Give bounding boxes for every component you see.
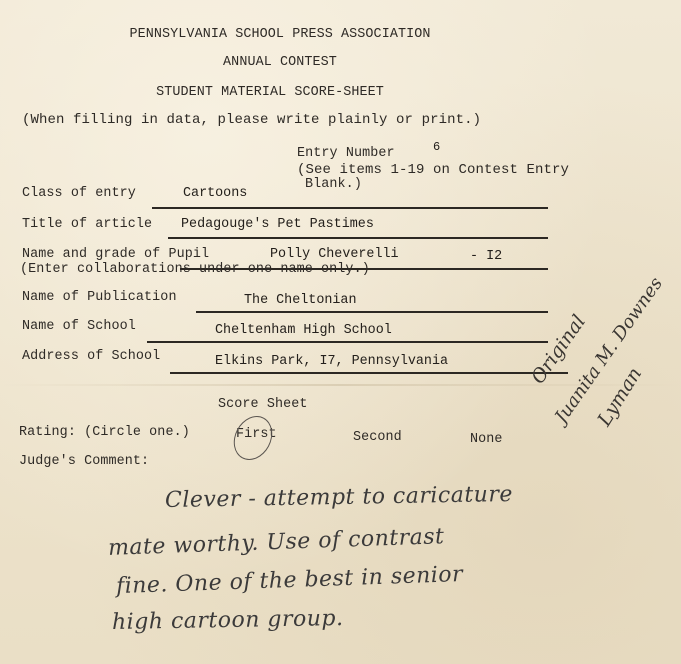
entry-note-line1: (See items 1-19 on Contest Entry — [297, 162, 569, 178]
school-address-value[interactable]: Elkins Park, I7, Pennsylvania — [215, 354, 448, 369]
pupil-grade-value[interactable]: - I2 — [470, 249, 502, 264]
entry-number-value: 6 — [433, 140, 440, 154]
title-of-article-label: Title of article — [22, 217, 152, 232]
pupil-name-label: Name and grade of Pupil — [22, 247, 209, 262]
contest-subtitle: ANNUAL CONTEST — [0, 55, 560, 70]
entry-number-label: Entry Number — [297, 146, 395, 161]
organization-title: PENNSYLVANIA SCHOOL PRESS ASSOCIATION — [0, 27, 560, 42]
instruction-text: (When filling in data, please write plai… — [22, 112, 481, 128]
school-name-value[interactable]: Cheltenham High School — [215, 323, 392, 338]
collaboration-note: (Enter collaborations under one name onl… — [20, 262, 370, 277]
class-of-entry-underline — [152, 207, 548, 209]
entry-note-line2: Blank.) — [305, 177, 362, 192]
school-address-label: Address of School — [22, 349, 160, 364]
school-address-underline — [170, 372, 568, 374]
title-of-article-value[interactable]: Pedagouge's Pet Pastimes — [181, 217, 374, 232]
rating-label: Rating: (Circle one.) — [19, 425, 190, 440]
form-title: STUDENT MATERIAL SCORE-SHEET — [0, 85, 540, 100]
publication-value[interactable]: The Cheltonian — [244, 293, 357, 308]
publication-underline — [196, 311, 548, 313]
title-of-article-underline — [168, 237, 548, 239]
publication-label: Name of Publication — [22, 290, 177, 305]
school-name-label: Name of School — [22, 319, 136, 334]
score-sheet-heading: Score Sheet — [218, 397, 308, 412]
class-of-entry-label: Class of entry — [22, 186, 136, 201]
pupil-name-value[interactable]: Polly Cheverelli — [270, 247, 399, 262]
rating-option-none[interactable]: None — [470, 432, 503, 447]
class-of-entry-value[interactable]: Cartoons — [183, 186, 247, 201]
rating-option-second[interactable]: Second — [353, 430, 402, 445]
school-name-underline — [147, 341, 548, 343]
judge-comment-label: Judge's Comment: — [19, 454, 149, 469]
judge-comment-line-4: high cartoon group. — [112, 606, 344, 635]
